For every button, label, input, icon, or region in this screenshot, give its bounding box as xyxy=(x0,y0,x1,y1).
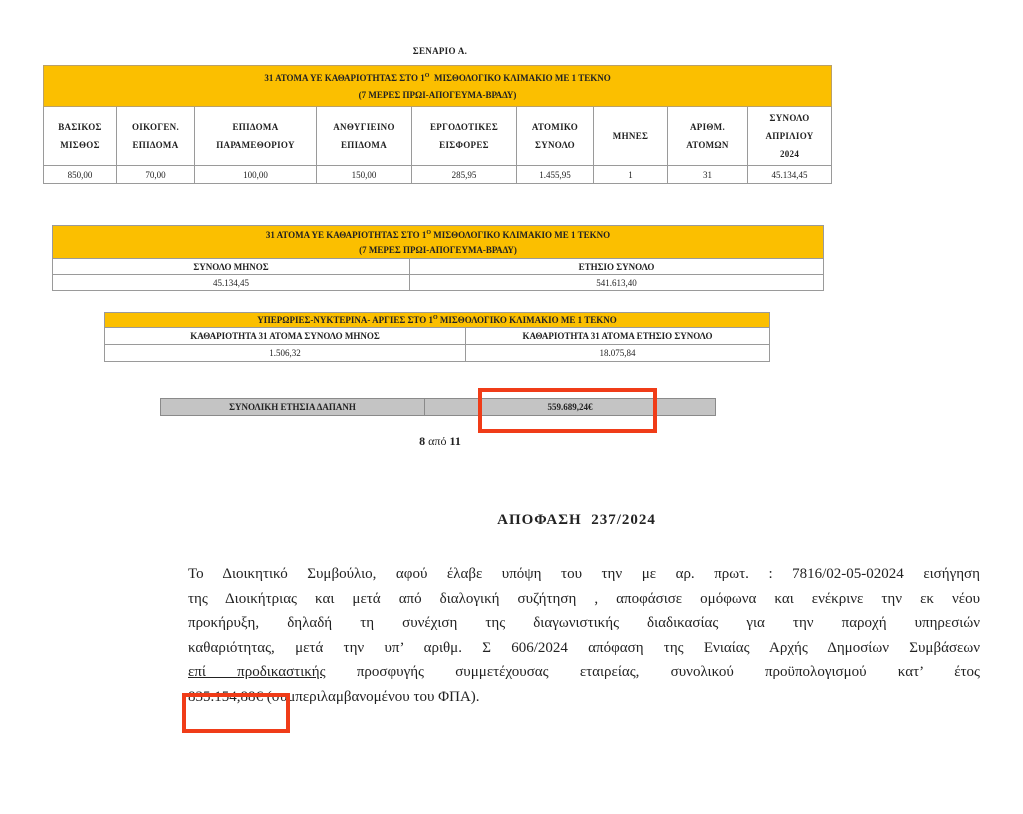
table2-header-annual: ΕΤΗΣΙΟ ΣΥΝΟΛΟ xyxy=(410,259,824,275)
table1-value-cell: 150,00 xyxy=(317,166,412,184)
table1-header-cell: ΑΤΟΜΙΚΟΣΥΝΟΛΟ xyxy=(517,107,594,166)
table2-header-row: ΣΥΝΟΛΟ ΜΗΝΟΣ ΕΤΗΣΙΟ ΣΥΝΟΛΟ xyxy=(53,259,824,275)
table2-value-monthly: 45.134,45 xyxy=(53,275,410,291)
page-number: 8 από 11 xyxy=(0,434,880,449)
table3-header-monthly: ΚΑΘΑΡΙΟΤΗΤΑ 31 ΑΤΟΜΑ ΣΥΝΟΛΟ ΜΗΝΟΣ xyxy=(105,328,466,345)
table2-header-monthly: ΣΥΝΟΛΟ ΜΗΝΟΣ xyxy=(53,259,410,275)
table2-banner-row: 31 ΑΤΟΜΑ ΥΕ ΚΑΘΑΡΙΟΤΗΤΑΣ ΣΤΟ 1Ο ΜΙΣΘΟΛΟΓ… xyxy=(53,226,824,259)
decision-line: επί προδικαστικής προσφυγής συμμετέχουσα… xyxy=(188,660,980,685)
table3-banner-row: ΥΠΕΡΩΡΙΕΣ-ΝΥΚΤΕΡΙΝΑ- ΑΡΓΙΕΣ ΣΤΟ 1Ο ΜΙΣΘΟ… xyxy=(105,313,770,328)
total-row: ΣΥΝΟΛΙΚΗ ΕΤΗΣΙΑ ΔΑΠΑΝΗ 559.689,24€ xyxy=(161,399,716,416)
table3-header-row: ΚΑΘΑΡΙΟΤΗΤΑ 31 ΑΤΟΜΑ ΣΥΝΟΛΟ ΜΗΝΟΣ ΚΑΘΑΡΙ… xyxy=(105,328,770,345)
table3-value-annual: 18.075,84 xyxy=(466,345,770,362)
table1-banner-row: 31 ΑΤΟΜΑ ΥΕ ΚΑΘΑΡΙΟΤΗΤΑΣ ΣΤΟ 1Ο ΜΙΣΘΟΛΟΓ… xyxy=(44,66,832,107)
table1-value-cell: 1.455,95 xyxy=(517,166,594,184)
table3-header-annual: ΚΑΘΑΡΙΟΤΗΤΑ 31 ΑΤΟΜΑ ΕΤΗΣΙΟ ΣΥΝΟΛΟ xyxy=(466,328,770,345)
decision-line-amount: 835.154,88€ (συμπεριλαμβανομένου του ΦΠΑ… xyxy=(188,685,980,710)
table1-banner: 31 ΑΤΟΜΑ ΥΕ ΚΑΘΑΡΙΟΤΗΤΑΣ ΣΤΟ 1Ο ΜΙΣΘΟΛΟΓ… xyxy=(44,66,832,107)
total-annual-cost-table: ΣΥΝΟΛΙΚΗ ΕΤΗΣΙΑ ΔΑΠΑΝΗ 559.689,24€ xyxy=(160,398,716,416)
decision-line: της Διοικήτριας και μετά από διαλογική σ… xyxy=(188,587,980,612)
table1-header-cell: ΒΑΣΙΚΟΣΜΙΣΘΟΣ xyxy=(44,107,117,166)
table3-value-monthly: 1.506,32 xyxy=(105,345,466,362)
table1-value-cell: 100,00 xyxy=(195,166,317,184)
scenario-title: ΣΕΝΑΡΙΟ Α. xyxy=(0,46,880,56)
table2-banner: 31 ΑΤΟΜΑ ΥΕ ΚΑΘΑΡΙΟΤΗΤΑΣ ΣΤΟ 1Ο ΜΙΣΘΟΛΟΓ… xyxy=(53,226,824,259)
table1-value-cell: 1 xyxy=(594,166,668,184)
table1-header-cell: ΕΠΙΔΟΜΑΠΑΡΑΜΕΘΟΡΙΟΥ xyxy=(195,107,317,166)
total-label: ΣΥΝΟΛΙΚΗ ΕΤΗΣΙΑ ΔΑΠΑΝΗ xyxy=(161,399,425,416)
table1-header-cell: ΑΝΘΥΓΙΕΙΝΟΕΠΙΔΟΜΑ xyxy=(317,107,412,166)
decision-line: Το Διοικητικό Συμβούλιο, αφού έλαβε υπόψ… xyxy=(188,562,980,587)
table1-value-cell: 70,00 xyxy=(117,166,195,184)
table2-value-annual: 541.613,40 xyxy=(410,275,824,291)
table1-header-cell: ΟΙΚΟΓΕΝ.ΕΠΙΔΟΜΑ xyxy=(117,107,195,166)
salary-breakdown-table: 31 ΑΤΟΜΑ ΥΕ ΚΑΘΑΡΙΟΤΗΤΑΣ ΣΤΟ 1Ο ΜΙΣΘΟΛΟΓ… xyxy=(43,65,832,184)
table1-header-cell: ΑΡΙΘΜ.ΑΤΟΜΩΝ xyxy=(668,107,748,166)
total-value: 559.689,24€ xyxy=(425,399,716,416)
decision-title: ΑΠΟΦΑΣΗ 237/2024 xyxy=(0,512,1023,529)
table1-values-row: 850,0070,00100,00150,00285,951.455,95131… xyxy=(44,166,832,184)
table1-value-cell: 45.134,45 xyxy=(748,166,832,184)
table1-header-cell: ΣΥΝΟΛΟΑΠΡΙΛΙΟΥ2024 xyxy=(748,107,832,166)
table1-header-cell: ΜΗΝΕΣ xyxy=(594,107,668,166)
table3-banner: ΥΠΕΡΩΡΙΕΣ-ΝΥΚΤΕΡΙΝΑ- ΑΡΓΙΕΣ ΣΤΟ 1Ο ΜΙΣΘΟ… xyxy=(105,313,770,328)
table2-values-row: 45.134,45 541.613,40 xyxy=(53,275,824,291)
table1-value-cell: 285,95 xyxy=(412,166,517,184)
decision-line: προκήρυξη, δηλαδή τη συνέχιση της διαγων… xyxy=(188,611,980,636)
decision-line: καθαριότητας, μετά την υπ’ αριθμ. Σ 606/… xyxy=(188,636,980,661)
table1-value-cell: 850,00 xyxy=(44,166,117,184)
table1-header-cell: ΕΡΓΟΔΟΤΙΚΕΣΕΙΣΦΟΡΕΣ xyxy=(412,107,517,166)
decision-amount: 835.154,88€ xyxy=(188,689,263,705)
table3-values-row: 1.506,32 18.075,84 xyxy=(105,345,770,362)
decision-body: Το Διοικητικό Συμβούλιο, αφού έλαβε υπόψ… xyxy=(188,562,980,709)
table1-header-row: ΒΑΣΙΚΟΣΜΙΣΘΟΣΟΙΚΟΓΕΝ.ΕΠΙΔΟΜΑΕΠΙΔΟΜΑΠΑΡΑΜ… xyxy=(44,107,832,166)
overtime-table: ΥΠΕΡΩΡΙΕΣ-ΝΥΚΤΕΡΙΝΑ- ΑΡΓΙΕΣ ΣΤΟ 1Ο ΜΙΣΘΟ… xyxy=(104,312,770,362)
monthly-annual-total-table: 31 ΑΤΟΜΑ ΥΕ ΚΑΘΑΡΙΟΤΗΤΑΣ ΣΤΟ 1Ο ΜΙΣΘΟΛΟΓ… xyxy=(52,225,824,291)
table1-value-cell: 31 xyxy=(668,166,748,184)
